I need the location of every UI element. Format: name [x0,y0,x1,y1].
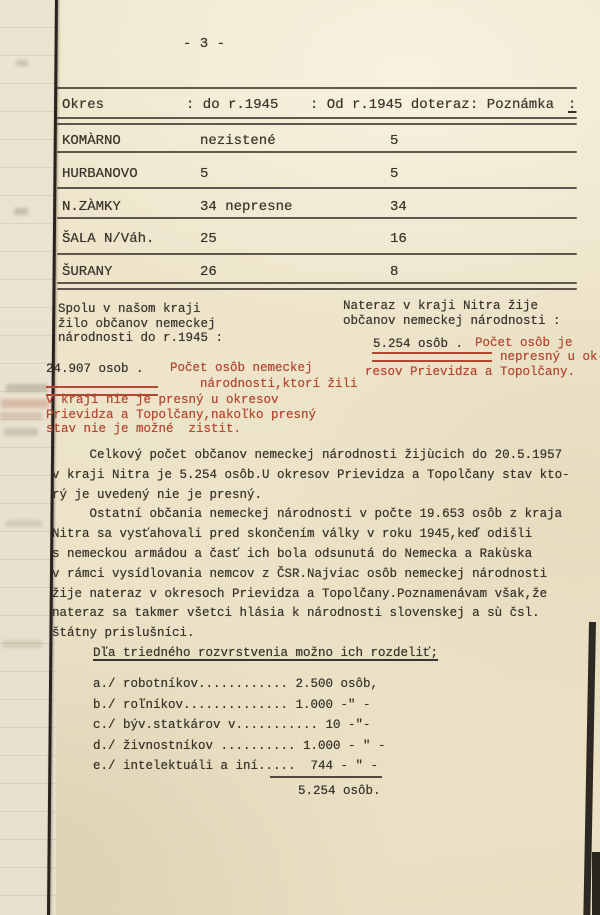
red-double-underline [372,352,492,362]
classification-list: a./ robotníkov............ 2.500 osôb, b… [93,674,386,777]
cell-okres: HURBANOVO [62,166,138,182]
bleedthrough-smudge [0,412,42,420]
left-note-intro: Spolu v našom kraji žilo občanov nemecke… [58,302,223,346]
page-right-edge-corner [592,852,600,915]
col-header-poznamka-colon: : [568,97,576,113]
table-line [57,253,577,255]
right-note-red-line1: Počet osôb je [475,336,573,350]
col-header-okres: Okres [62,97,104,113]
table-line [57,187,577,189]
classification-total: 5.254 osôb. [298,784,381,798]
table-line [57,151,577,153]
cell-do-1945: 5 [200,166,208,182]
table-line-bottom [57,282,577,284]
cell-okres: ŠURANY [62,264,112,280]
bleedthrough-smudge [1,399,49,408]
body-paragraph: Celkový počet občanov nemeckej národnost… [52,446,570,644]
cell-do-1945: 26 [200,264,217,280]
col-header-poznamka: : Poznámka [470,97,554,113]
cell-do-1945: 34 nepresne [200,199,292,215]
cell-od-1945: 8 [390,264,398,280]
cell-do-1945: nezistené [200,133,276,149]
table-row: ŠURANY 26 8 [0,264,600,282]
cell-do-1945: 25 [200,231,217,247]
cell-od-1945: 16 [390,231,407,247]
left-note-red-line2: národnosti,ktorí žili [200,377,358,391]
table-line [57,117,577,119]
cell-okres: ŠALA N/Váh. [62,231,154,247]
cell-okres: N.ZÀMKY [62,199,121,215]
right-note-red-line2: nepresný u ok- [500,350,600,364]
classification-heading: Dľa triedného rozvrstvenia možno ich roz… [93,646,438,660]
cell-od-1945: 5 [390,133,398,149]
cell-okres: KOMÀRNO [62,133,121,149]
bleedthrough-smudge [4,428,38,436]
table-header-row: Okres : do r.1945 : Od r.1945 doteraz : … [0,97,600,115]
right-note-intro: Nateraz v kraji Nitra žije občanov nemec… [343,299,561,328]
right-note-figure: 5.254 osôb . [373,337,463,351]
left-note-red-line1: Počet osôb nemeckej [170,361,313,375]
bleedthrough-smudge [16,60,28,66]
page-number: - 3 - [183,36,225,52]
right-note-red-line3: resov Prievidza a Topolčany. [365,365,575,379]
col-header-od-1945: : Od r.1945 doteraz [310,97,470,113]
table-row: HURBANOVO 5 5 [0,166,600,184]
bleedthrough-smudge [6,520,42,527]
table-row: N.ZÀMKY 34 nepresne 34 [0,199,600,217]
total-rule [270,776,382,778]
scanned-document-page: - 3 - Okres : do r.1945 : Od r.1945 dote… [0,0,600,915]
table-row: KOMÀRNO nezistené 5 [0,133,600,151]
table-line-bottom [57,288,577,290]
col-header-do-1945: : do r.1945 [186,97,278,113]
table-row: ŠALA N/Váh. 25 16 [0,231,600,249]
table-line-top [57,87,577,89]
cell-od-1945: 34 [390,199,407,215]
table-line [57,217,577,219]
table-line [57,123,577,125]
cell-od-1945: 5 [390,166,398,182]
left-note-figure: 24.907 osob . [46,362,144,376]
bleedthrough-smudge [2,640,42,648]
left-note-red-rest: v kraji nie je presný u okresov Prievidz… [46,393,316,437]
bleedthrough-smudge [6,384,48,392]
